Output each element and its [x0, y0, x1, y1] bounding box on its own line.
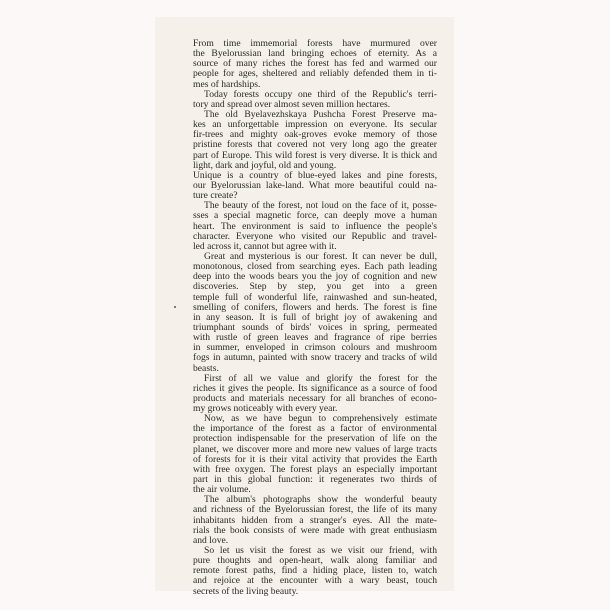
paragraph: The beauty of the forest, not loud on th… [193, 201, 437, 252]
text-line: rials the book consists of were made wit… [193, 526, 437, 536]
document-text-body: From time immemorial forests have murmur… [193, 39, 437, 597]
text-line: discoveries. Step by step, you get into … [193, 282, 437, 292]
paragraph: The album's photographs show the wonderf… [193, 495, 437, 546]
text-line: sses a special magnetic force, can deepl… [193, 211, 437, 221]
paragraph: Now, as we have begun to comprehensively… [193, 414, 437, 495]
paragraph: The old Byelavezhskaya Pushcha Forest Pr… [193, 110, 437, 171]
paragraph: First of all we value and glorify the fo… [193, 374, 437, 415]
paragraph: Great and mysterious is our forest. It c… [193, 252, 437, 374]
paragraph: So let us visit the forest as we visit o… [193, 546, 437, 597]
paragraph: From time immemorial forests have murmur… [193, 39, 437, 90]
paragraph: Today forests occupy one third of the Re… [193, 90, 437, 110]
print-speck [174, 306, 176, 308]
text-line: secrets of the living beauty. [193, 587, 437, 597]
document-page: From time immemorial forests have murmur… [155, 17, 454, 591]
text-line: fogs in autumn, painted with snow tracer… [193, 353, 437, 363]
paragraph: Unique is a country of blue-eyed lakes a… [193, 171, 437, 201]
